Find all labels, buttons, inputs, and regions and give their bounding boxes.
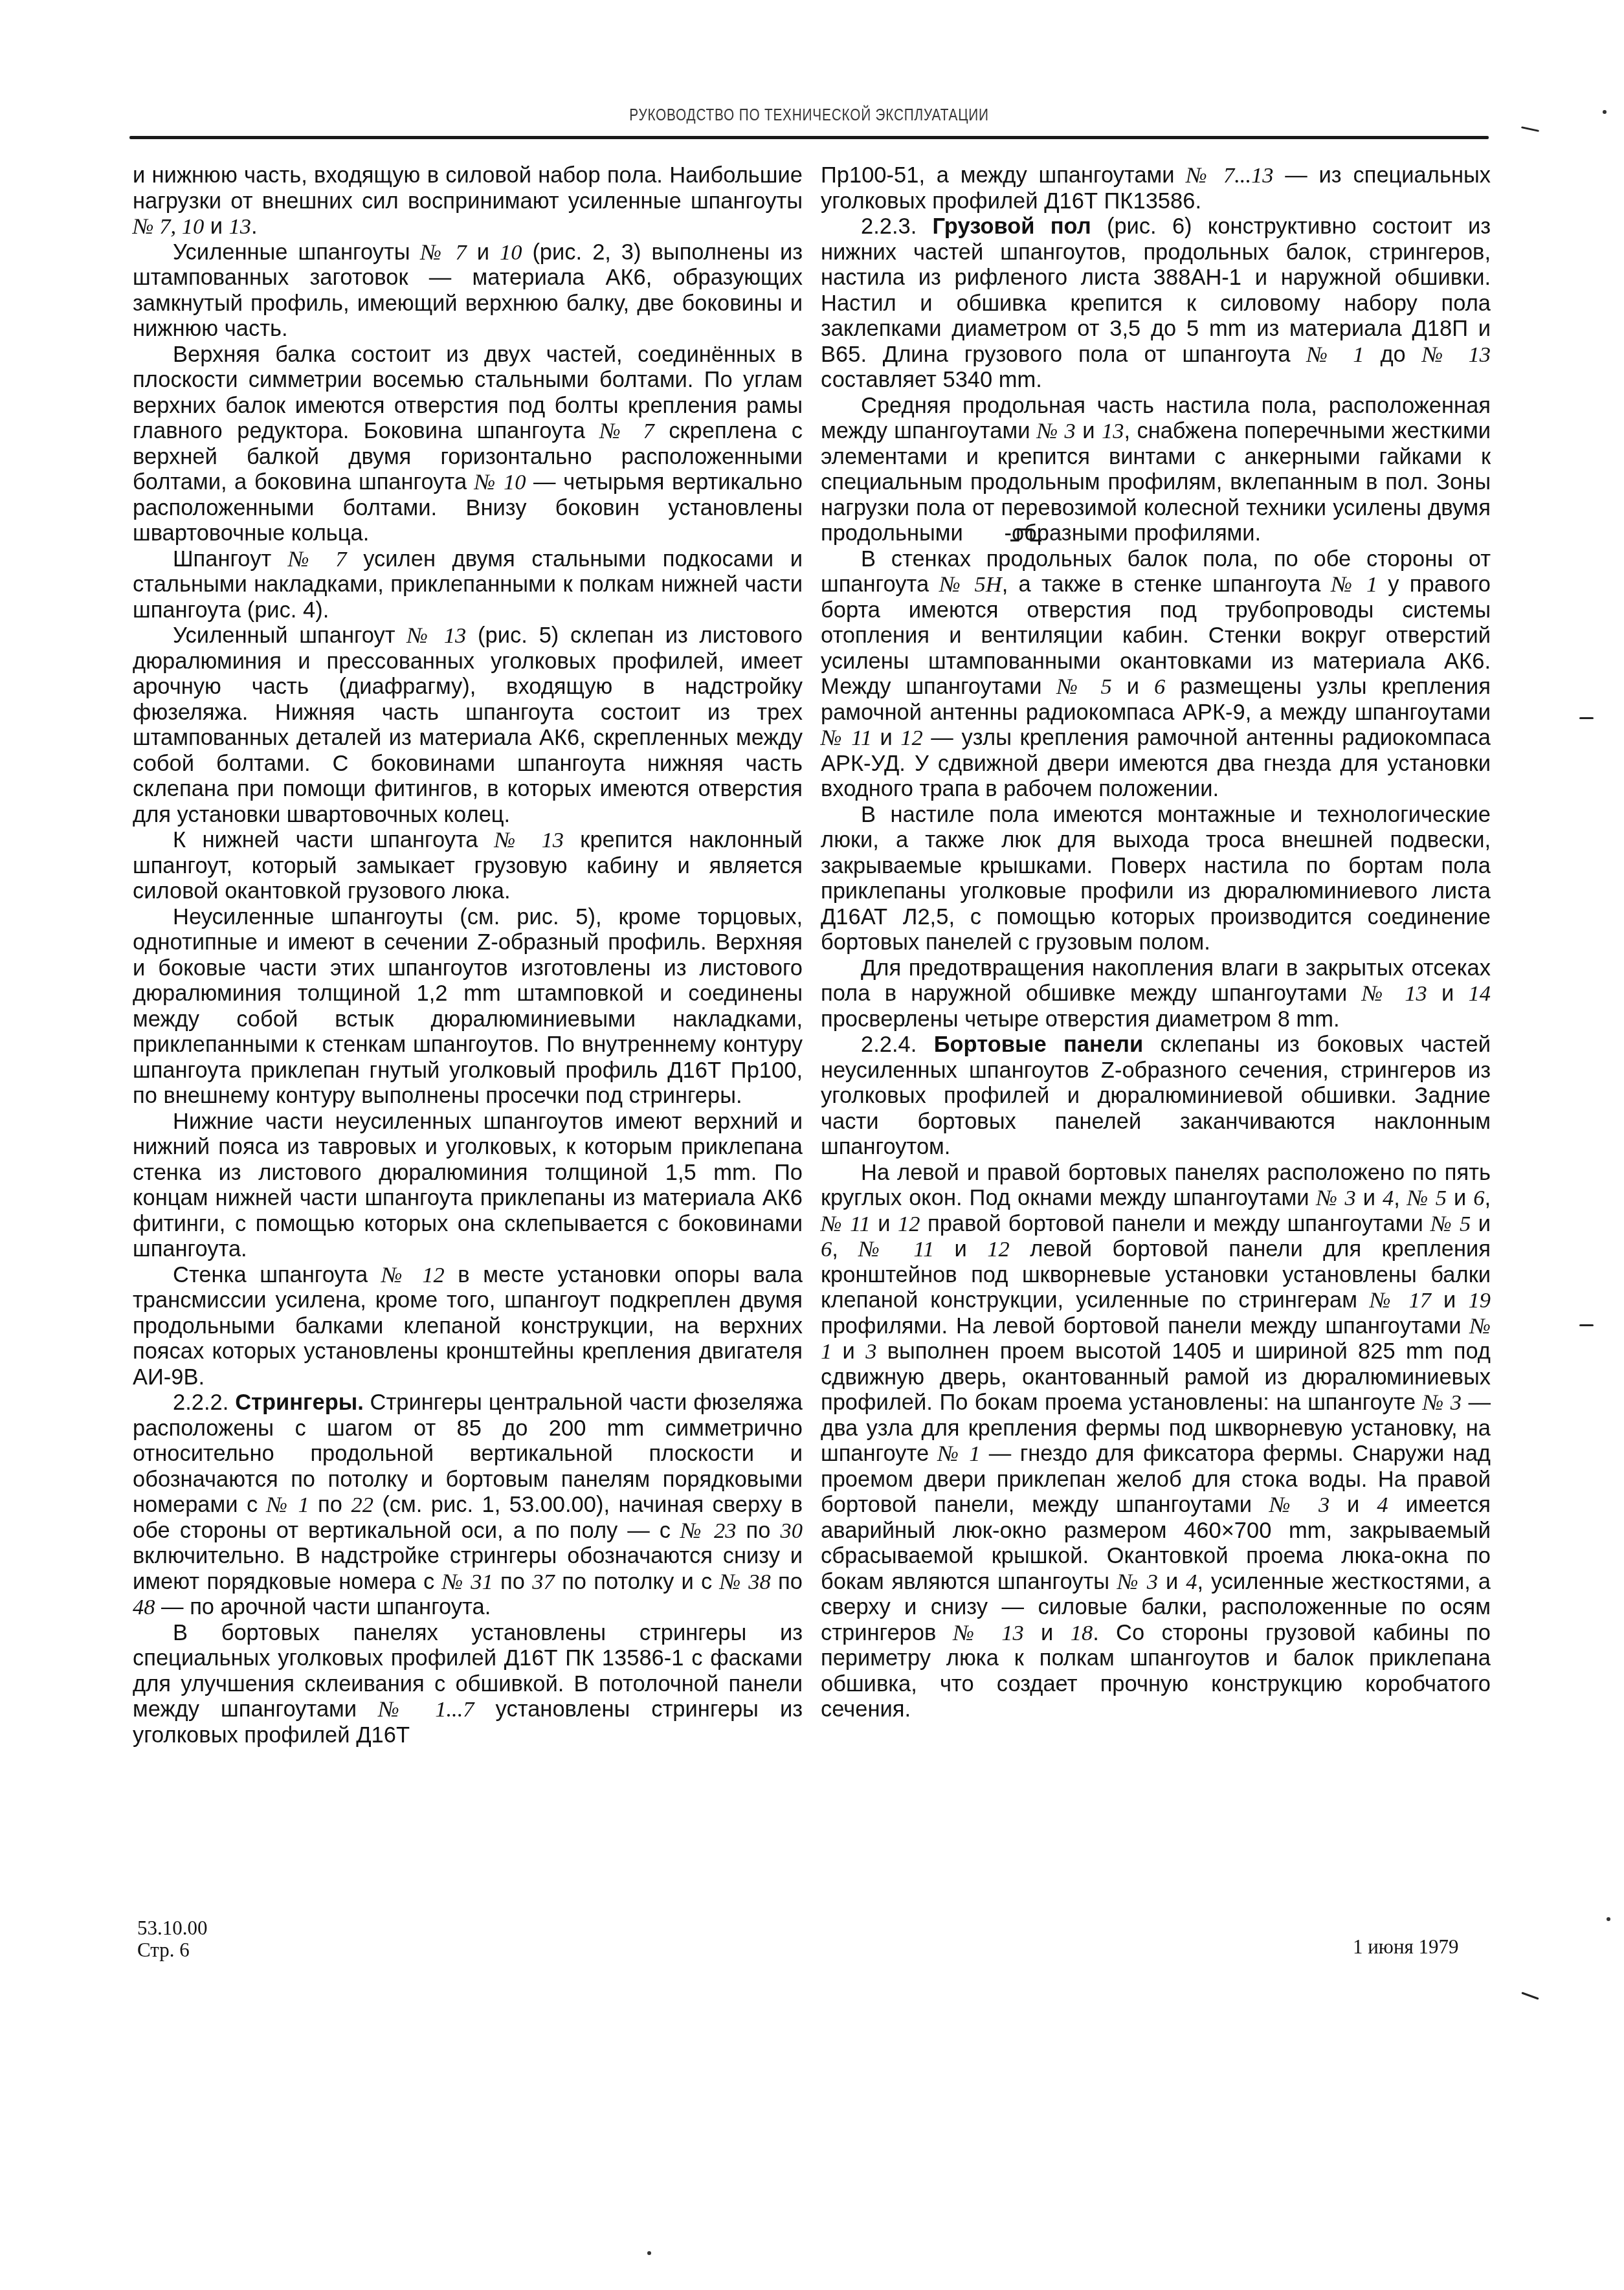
paragraph: Усиленный шпангоут № 13 (рис. 5) склепан… — [133, 623, 803, 828]
paragraph: Средняя продольная часть настила пола, р… — [821, 394, 1491, 547]
paragraph: Пр100-51, а между шпангоутами № 7...13 —… — [821, 163, 1491, 214]
scan-mark — [1579, 1324, 1594, 1326]
paragraph: Шпангоут № 7 усилен двумя стальными подк… — [133, 547, 803, 624]
paragraph: К нижней части шпангоута № 13 крепится н… — [133, 828, 803, 905]
paragraph: Неусиленные шпангоуты (см. рис. 5), кром… — [133, 905, 803, 1109]
header-rule — [129, 136, 1489, 139]
document-code: 53.10.00 — [137, 1917, 208, 1939]
running-header: РУКОВОДСТВО ПО ТЕХНИЧЕСКОЙ ЭКСПЛУАТАЦИИ — [265, 105, 1353, 125]
paragraph: Для предотвращения накопления влаги в за… — [821, 956, 1491, 1033]
scan-mark — [1521, 126, 1539, 132]
paragraph: В настиле пола имеются монтажные и техно… — [821, 803, 1491, 956]
paragraph: В бортовых панелях установлены стрингеры… — [133, 1621, 803, 1749]
paragraph: 2.2.4. Бортовые панели склепаны из боков… — [821, 1032, 1491, 1161]
right-text-column: Пр100-51, а между шпангоутами № 7...13 —… — [821, 163, 1491, 1723]
step-profile-icon — [969, 522, 1004, 537]
paragraph: 2.2.2. Стрингеры. Стрингеры центральной … — [133, 1390, 803, 1621]
scan-mark — [1579, 717, 1594, 719]
footer-left: 53.10.00 Стр. 6 — [137, 1917, 208, 1961]
scan-speck — [1603, 110, 1607, 114]
paragraph: и нижнюю часть, входящую в силовой набор… — [133, 163, 803, 240]
left-text-column: и нижнюю часть, входящую в силовой набор… — [133, 163, 803, 1748]
paragraph: Верхняя балка состоит из двух частей, со… — [133, 342, 803, 547]
paragraph: В стенках продольных балок пола, по обе … — [821, 547, 1491, 803]
paragraph: На левой и правой бортовых панелях распо… — [821, 1161, 1491, 1723]
paragraph: 2.2.3. Грузовой пол (рис. 6) конструктив… — [821, 214, 1491, 394]
issue-date: 1 июня 1979 — [1353, 1935, 1459, 1959]
paragraph: Усиленные шпангоуты № 7 и 10 (рис. 2, 3)… — [133, 240, 803, 342]
scan-speck — [1607, 1917, 1610, 1921]
paragraph: Стенка шпангоута № 12 в месте установки … — [133, 1263, 803, 1391]
page-number: Стр. 6 — [137, 1939, 208, 1961]
scan-mark — [1521, 1992, 1539, 1999]
scan-speck — [647, 2251, 651, 2255]
paragraph: Нижние части неусиленных шпангоутов имею… — [133, 1109, 803, 1263]
